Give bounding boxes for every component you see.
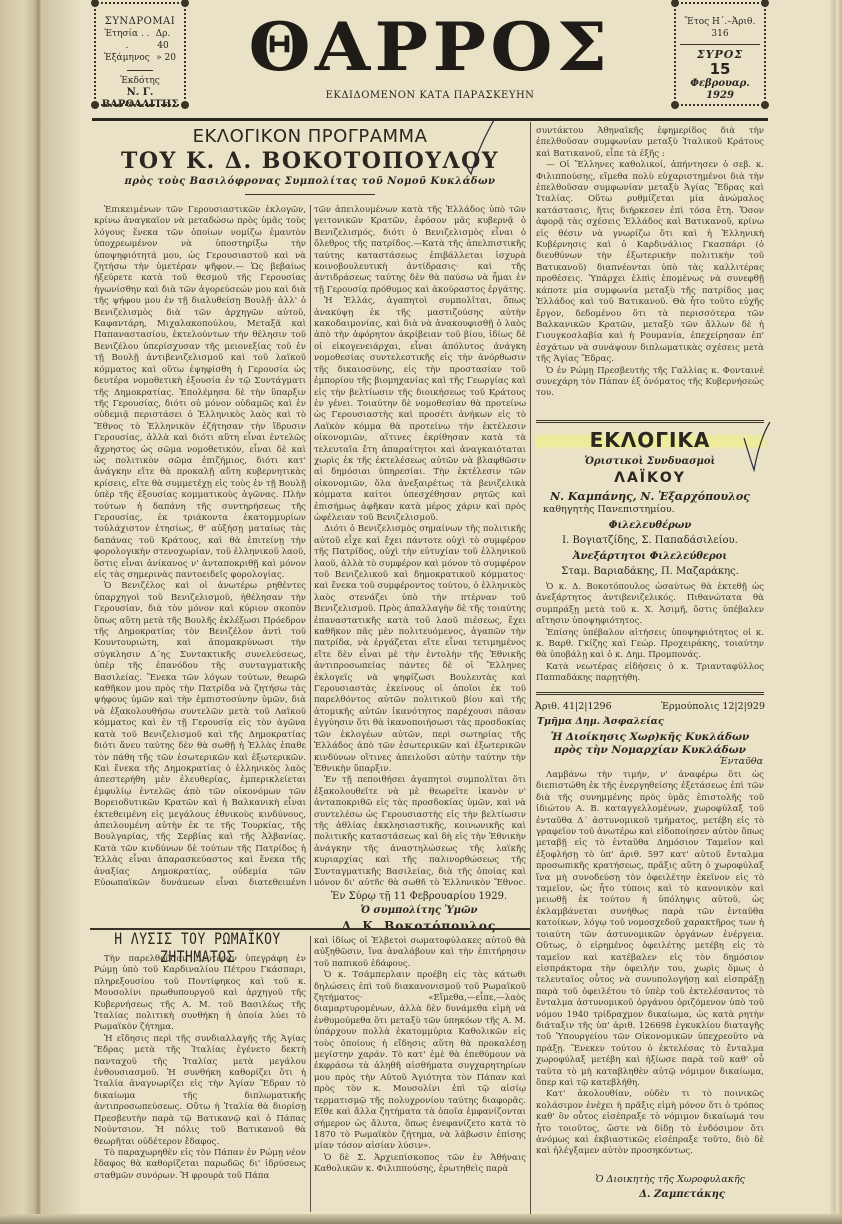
issue-number: Ἔτος Η΄.–Ἀριθ. 316 xyxy=(680,16,760,40)
lead-article-column-1: Ἐπικειμένων τῶν Γερουσιαστικῶν ἐκλογῶν, … xyxy=(94,205,306,885)
issue-date: Φεβρουαρ. 1929 xyxy=(680,78,760,102)
ornament-icon xyxy=(671,0,679,7)
elections-subtitle: Ὁριστικοὶ Συνδυασμοὶ xyxy=(535,456,765,467)
book-binding xyxy=(0,0,42,1224)
candidate-names: Σταμ. Βαριαδάκης, Π. Μαζαράκης. xyxy=(535,566,765,577)
ornament-icon xyxy=(91,0,99,7)
publisher-label: Ἐκδότης xyxy=(100,75,180,87)
subscription-period: Ἑξάμηνος xyxy=(104,52,150,64)
article-paragraph: Ὁ κ. Δ. Βοκοτόπουλος ὡσαύτως θὰ ἐκτεθῇ ὡ… xyxy=(536,582,764,628)
article-paragraph: Ἐπικειμένων τῶν Γερουσιαστικῶν ἐκλογῶν, … xyxy=(94,205,306,581)
article-paragraph: Ἐν τῇ πεποιθήσει ἀγαπητοὶ συμπολῖται ὅτι… xyxy=(314,775,526,885)
letter-location: Ἐνταῦθα xyxy=(535,756,763,767)
signature-name: Δ. Κ. Βοκοτόπουλος xyxy=(312,918,526,934)
lead-article-column-2: τῶν ἀπειλουμένων κατὰ τῆς Ἑλλάδος ὑπὸ τῶ… xyxy=(314,205,526,885)
subscriptions-label: ΣΥΝΔΡΟΜΑΙ xyxy=(100,16,180,28)
page-edge xyxy=(830,0,842,1224)
article-paragraph: — Οἱ Ἕλληνες καθολικοί, ἀπήντησεν ὁ σεβ.… xyxy=(536,160,764,365)
divider xyxy=(127,70,153,71)
article-paragraph: Διότι ὁ Βενιζελισμὸς σημαίνων τῆς πολιτι… xyxy=(314,524,526,775)
masthead: ΣΥΝΔΡΟΜΑΙ Ἐτησία . . . Δρ. 40 Ἑξάμηνος »… xyxy=(90,0,770,118)
letter-signer-role: Ὁ Διοικητὴς τῆς Χωροφυλακῆς xyxy=(535,1174,765,1185)
letter-sender: Ἡ Διοίκησις Χωρ)κῆς Κυκλάδων xyxy=(535,731,765,743)
party-name-independent-liberals: Ἀνεξάρτητοι Φιλελεύθεροι xyxy=(535,551,765,562)
issue-box: Ἔτος Η΄.–Ἀριθ. 316 ΣΥΡΟΣ 15 Φεβρουαρ. 19… xyxy=(674,2,766,106)
roman-article-column-1: Τὴν παρελθοῦσαν Δευτέραν ὑπεγράφη ἐν Ρώμ… xyxy=(94,954,306,1212)
column-rule xyxy=(310,936,311,1212)
section-rule xyxy=(536,420,764,423)
subscription-price: Δρ. 40 xyxy=(150,28,176,52)
issue-day: 15 xyxy=(680,61,760,78)
publisher-name: Ν. Γ. ΒΑΡΘΑΛΙΤΗΣ xyxy=(100,87,180,111)
elections-section-title: ΕΚΛΟΓΙΚΑ xyxy=(535,428,765,452)
ornament-icon xyxy=(91,101,99,109)
candidate-note: καθηγητὴς Πανεπιστημίου. xyxy=(535,504,765,515)
article-paragraph: Τὸ παραχωρηθὲν εἰς τὸν Πάπαν ἐν Ρώμῃ νέο… xyxy=(94,1148,306,1182)
article-paragraph: Ὁ κ. Τσάμπερλαιν προέβη εἰς τὰς κάτωθι δ… xyxy=(314,970,526,1153)
article-paragraph: Ὁ ἐν Ρώμῃ Πρεσβευτὴς τῆς Γαλλίας κ. Φοντ… xyxy=(536,366,764,400)
candidate-names: Ν. Καμπάνης, Ν. Ἐξαρχόπουλος xyxy=(535,490,765,503)
masthead-rule xyxy=(92,118,768,121)
letter-body: Λαμβάνω τὴν τιμήν, ν' ἀναφέρω ὅτι ὡς διε… xyxy=(536,770,764,1172)
ornament-icon xyxy=(181,0,189,7)
article-paragraph: Ἐπίσης ὑπέβαλον αἰτήσεις ὑποψηφιότητος ο… xyxy=(536,628,764,662)
subscription-period: Ἐτησία . . . xyxy=(104,28,150,52)
article-paragraph: τῶν ἀπειλουμένων κατὰ τῆς Ἑλλάδος ὑπὸ τῶ… xyxy=(314,205,526,296)
article-paragraph: Ὁ Βενιζέλος καὶ οἱ ἀνωτέρω ρηθέντες ὑπαρ… xyxy=(94,581,306,885)
ornament-icon xyxy=(761,0,769,7)
ornament-icon xyxy=(671,101,679,109)
column-rule xyxy=(530,122,531,1214)
newspaper-title: ΘΑΡΡΟΣ xyxy=(225,12,635,82)
divider xyxy=(680,44,760,45)
letter-number: Ἀριθ. 41|2|1296 xyxy=(535,701,612,712)
roman-article-column-2: καὶ ἰδίως οἱ Ἑλβετοὶ σωματοφύλακες αὐτοῦ… xyxy=(314,936,526,1212)
article-paragraph: Ἡ εἴδησις περὶ τῆς συνδιαλλαγῆς τῆς Ἁγία… xyxy=(94,1034,306,1148)
subscription-row: Ἐτησία . . . Δρ. 40 xyxy=(100,28,180,52)
article-paragraph: Κατ' ἀκολουθίαν, οὐδὲν τι τὸ ποινικῶς κο… xyxy=(536,1089,764,1157)
article-paragraph: Τὴν παρελθοῦσαν Δευτέραν ὑπεγράφη ἐν Ρώμ… xyxy=(94,954,306,1034)
party-name-liberals: Φιλελευθέρων xyxy=(535,520,765,531)
subscription-row: Ἑξάμηνος » 20 xyxy=(100,52,180,64)
column-rule xyxy=(310,205,311,885)
gutter-shadow xyxy=(42,0,82,1224)
signature-date: Ἐν Σύρῳ τῇ 11 Φεβρουαρίου 1929. xyxy=(312,890,526,904)
article-paragraph: Ὁ δὲ Σ. Ἀρχιεπίσκοπος τῶν ἐν Ἀθήναις Καθ… xyxy=(314,1153,526,1176)
candidate-names: Ι. Βογιατζίδης, Σ. Παπαδάσιλείου. xyxy=(535,535,765,546)
article-paragraph: συντάκτου Ἀθηναϊκῆς ἐφημερίδος διὰ τὴν ἐ… xyxy=(536,126,764,160)
elections-body: Ὁ κ. Δ. Βοκοτόπουλος ὡσαύτως θὰ ἐκτεθῇ ὡ… xyxy=(536,582,764,686)
subscription-price: » 20 xyxy=(156,52,176,64)
vatican-continuation-column: συντάκτου Ἀθηναϊκῆς ἐφημερίδος διὰ τὴν ἐ… xyxy=(536,126,764,416)
article-paragraph: καὶ ἰδίως οἱ Ἑλβετοὶ σωματοφύλακες αὐτοῦ… xyxy=(314,936,526,970)
letter-place-date: Ἑρμούπολις 12|2|929 xyxy=(661,701,765,712)
letter-department: Τμῆμα Δημ. Ἀσφαλείας xyxy=(537,716,664,727)
signature-role: Ὁ συμπολίτης Ὑμῶν xyxy=(312,904,526,918)
party-name-laikou: ΛΑΪΚΟΥ xyxy=(535,470,765,486)
article-paragraph: Λαμβάνω τὴν τιμήν, ν' ἀναφέρω ὅτι ὡς διε… xyxy=(536,770,764,1089)
article-paragraph: Ἡ Ἑλλάς, ἀγαπητοὶ συμπολῖται, ὅπως ἀνακύ… xyxy=(314,296,526,524)
page-bottom-edge xyxy=(0,1214,842,1224)
subscriptions-box: ΣΥΝΔΡΟΜΑΙ Ἐτησία . . . Δρ. 40 Ἑξάμηνος »… xyxy=(94,2,186,106)
section-rule xyxy=(536,692,764,695)
handwritten-checkmark-icon xyxy=(462,118,496,178)
letter-signer-name: Δ. Ζαμπετάκης xyxy=(535,1189,765,1200)
ornament-icon xyxy=(181,101,189,109)
divider xyxy=(245,194,375,195)
section-rule xyxy=(90,928,530,930)
letter-reference: Ἀριθ. 41|2|1296 Ἑρμούπολις 12|2|929 xyxy=(535,701,765,712)
article-paragraph: Κατὰ νεωτέρας εἰδήσεις ὁ κ. Τριανταφύλλο… xyxy=(536,662,764,685)
newspaper-page: ΣΥΝΔΡΟΜΑΙ Ἐτησία . . . Δρ. 40 Ἑξάμηνος »… xyxy=(90,0,770,1224)
newspaper-tagline: ΕΚΔΙΔΟΜΕΝΟΝ ΚΑΤΑ ΠΑΡΑΣΚΕΥΗΝ xyxy=(240,90,620,101)
ornament-icon xyxy=(761,101,769,109)
letter-recipient: πρὸς τὴν Νομαρχίαν Κυκλάδων xyxy=(535,744,765,756)
